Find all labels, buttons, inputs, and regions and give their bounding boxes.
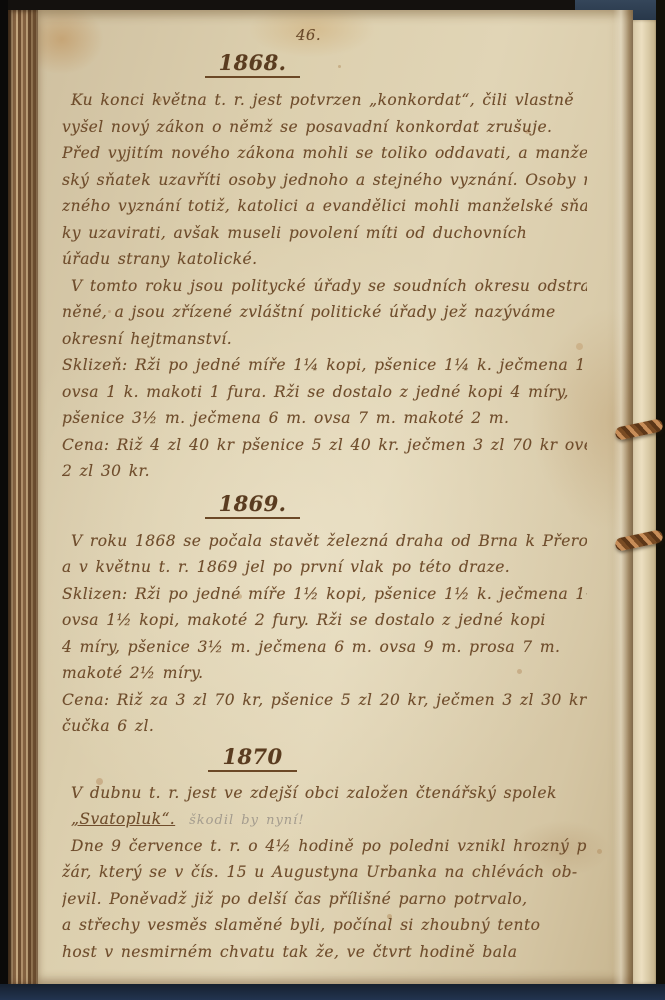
year-heading-1868: 1868. xyxy=(205,51,301,78)
manuscript-line: čučka 6 zl. xyxy=(62,713,587,740)
manuscript-line: ský sňatek uzavříti osoby jednoho a stej… xyxy=(62,167,587,194)
manuscript-line: úřadu strany katolické. xyxy=(62,246,587,273)
manuscript-line: a střechy vesměs slaměné byli, počínal s… xyxy=(62,912,587,939)
manuscript-line: Sklizen: Rži po jedné míře 1½ kopi, pšen… xyxy=(62,581,587,608)
society-name-quote: „Svatopluk“. xyxy=(71,810,175,828)
manuscript-line: Sklizeň: Rži po jedné míře 1¼ kopi, pšen… xyxy=(62,352,587,379)
manuscript-line: zného vyznání totiž, katolici a evanděli… xyxy=(62,193,587,220)
manuscript-line: vyšel nový zákon o němž se posavadní kon… xyxy=(62,114,587,141)
section-1870: V dubnu t. r. jest ve zdejší obci založe… xyxy=(62,780,587,966)
manuscript-line: Dne 9 července t. r. o 4½ hodině po pole… xyxy=(62,833,587,860)
manuscript-line: 4 míry, pšenice 3½ m. ječmena 6 m. ovsa … xyxy=(62,634,587,661)
manuscript-line: něné, a jsou zřízené zvláštní politické … xyxy=(62,299,587,326)
manuscript-line: Ku konci května t. r. jest potvrzen „kon… xyxy=(62,87,587,114)
manuscript-line: okresní hejtmanství. xyxy=(62,326,587,353)
manuscript-content: 46. 1868. Ku konci května t. r. jest pot… xyxy=(62,16,587,979)
manuscript-line: ovsa 1½ kopi, makoté 2 fury. Rži se dost… xyxy=(62,607,587,634)
section-1868: Ku konci května t. r. jest potvrzen „kon… xyxy=(62,87,587,485)
manuscript-line: V roku 1868 se počala stavět železná dra… xyxy=(62,528,587,555)
manuscript-line: Cena: Riž 4 zl 40 kr pšenice 5 zl 40 kr.… xyxy=(62,432,587,459)
table-background xyxy=(0,984,665,1000)
paper-stains xyxy=(38,10,41,13)
manuscript-line: host v nesmirném chvatu tak že, ve čtvrt… xyxy=(62,939,587,966)
manuscript-line: jevil. Poněvadž již po delší čas přílišn… xyxy=(62,886,587,913)
book-gutter-shadow xyxy=(656,0,665,1000)
year-heading-1870: 1870 xyxy=(208,745,296,772)
manuscript-line: ovsa 1 k. makoti 1 fura. Rži se dostalo … xyxy=(62,379,587,406)
next-page-edge xyxy=(629,20,657,984)
manuscript-line: Před vyjitím nového zákona mohli se toli… xyxy=(62,140,587,167)
manuscript-line: pšenice 3½ m. ječmena 6 m. ovsa 7 m. mak… xyxy=(62,405,587,432)
manuscript-line: makoté 2½ míry. xyxy=(62,660,587,687)
manuscript-line: V tomto roku jsou politycké úřady se sou… xyxy=(62,273,587,300)
manuscript-page: 46. 1868. Ku konci května t. r. jest pot… xyxy=(38,10,633,985)
page-fold-crease xyxy=(613,10,633,985)
manuscript-line: ky uzavirati, avšak museli povolení míti… xyxy=(62,220,587,247)
book-photo: 46. 1868. Ku konci května t. r. jest pot… xyxy=(0,0,665,1000)
manuscript-line: žár, který se v čís. 15 u Augustyna Urba… xyxy=(62,859,587,886)
manuscript-line: a v květnu t. r. 1869 jel po první vlak … xyxy=(62,554,587,581)
pencil-annotation: škodil by nyní! xyxy=(189,813,304,828)
manuscript-line: „Svatopluk“.škodil by nyní! xyxy=(62,806,587,833)
section-1869: V roku 1868 se počala stavět železná dra… xyxy=(62,528,587,740)
manuscript-line: 2 zl 30 kr. xyxy=(62,458,587,485)
page-number: 46. xyxy=(46,24,571,46)
manuscript-line: Cena: Riž za 3 zl 70 kr, pšenice 5 zl 20… xyxy=(62,687,587,714)
manuscript-line: V dubnu t. r. jest ve zdejší obci založe… xyxy=(62,780,587,807)
year-heading-1869: 1869. xyxy=(205,492,301,519)
